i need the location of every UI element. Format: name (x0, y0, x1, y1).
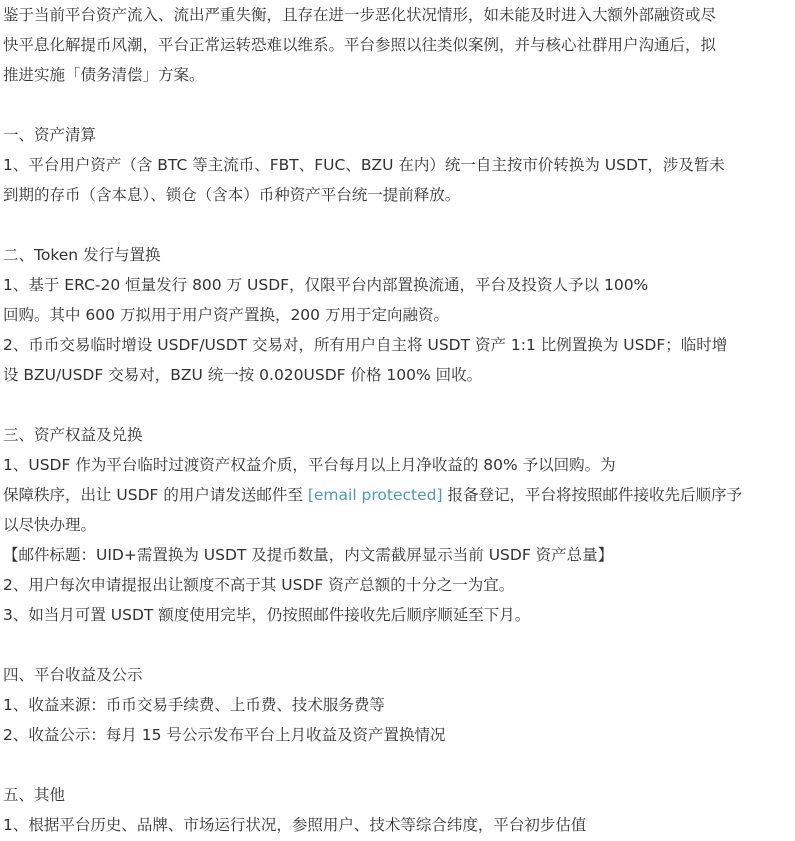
paragraph-line: 3、如当月可置 USDT 额度使用完毕，仍按照邮件接收先后顺序顺延至下月。 (3, 600, 795, 630)
intro-paragraph: 鉴于当前平台资产流入、流出严重失衡，且存在进一步恶化状况情形，如未能及时进入大额… (3, 0, 795, 90)
paragraph-line: 回购。其中 600 万拟用于用户资产置换，200 万用于定向融资。 (3, 300, 795, 330)
intro-line: 快平息化解提币风潮，平台正常运转恐难以维系。平台参照以往类似案例，并与核心社群用… (3, 30, 795, 60)
intro-line: 鉴于当前平台资产流入、流出严重失衡，且存在进一步恶化状况情形，如未能及时进入大额… (3, 0, 795, 30)
paragraph-line: 2、用户每次申请提报出让额度不高于其 USDF 资产总额的十分之一为宜。 (3, 570, 795, 600)
paragraph-line: 1、根据平台历史、品牌、市场运行状况，参照用户、技术等综合纬度，平台初步估值 (3, 810, 795, 840)
paragraph-line: 设 BZU/USDF 交易对，BZU 统一按 0.020USDF 价格 100%… (3, 360, 795, 390)
section-token-issuance: 二、Token 发行与置换 1、基于 ERC-20 恒量发行 800 万 USD… (3, 240, 795, 390)
text-after-link: 报备登记，平台将按照邮件接收先后顺序予 (443, 486, 742, 504)
spacer (3, 210, 795, 240)
paragraph-line-with-email: 保障秩序，出让 USDF 的用户请发送邮件至 [email protected]… (3, 480, 795, 510)
spacer (3, 390, 795, 420)
section-other: 五、其他 1、根据平台历史、品牌、市场运行状况，参照用户、技术等综合纬度，平台初… (3, 780, 795, 840)
email-link[interactable]: [email protected] (308, 486, 443, 504)
spacer (3, 630, 795, 660)
section-heading: 五、其他 (3, 780, 795, 810)
section-platform-revenue: 四、平台收益及公示 1、收益来源：币币交易手续费、上币费、技术服务费等 2、收益… (3, 660, 795, 750)
intro-line: 推进实施「债务清偿」方案。 (3, 60, 795, 90)
paragraph-line: 1、基于 ERC-20 恒量发行 800 万 USDF，仅限平台内部置换流通，平… (3, 270, 795, 300)
announcement-document: 鉴于当前平台资产流入、流出严重失衡，且存在进一步恶化状况情形，如未能及时进入大额… (0, 0, 795, 840)
email-subject-note: 【邮件标题：UID+需置换为 USDT 及提币数量，内文需截屏显示当前 USDF… (3, 540, 795, 570)
paragraph-line: 2、币币交易临时增设 USDF/USDT 交易对，所有用户自主将 USDT 资产… (3, 330, 795, 360)
text-before-link: 保障秩序，出让 USDF 的用户请发送邮件至 (3, 486, 308, 504)
paragraph-line: 以尽快办理。 (3, 510, 795, 540)
paragraph-line: 1、收益来源：币币交易手续费、上币费、技术服务费等 (3, 690, 795, 720)
section-heading: 一、资产清算 (3, 120, 795, 150)
paragraph-line: 2、收益公示：每月 15 号公示发布平台上月收益及资产置换情况 (3, 720, 795, 750)
section-heading: 二、Token 发行与置换 (3, 240, 795, 270)
section-asset-liquidation: 一、资产清算 1、平台用户资产（含 BTC 等主流币、FBT、FUC、BZU 在… (3, 120, 795, 210)
section-heading: 三、资产权益及兑换 (3, 420, 795, 450)
spacer (3, 90, 795, 120)
paragraph-line: 1、USDF 作为平台临时过渡资产权益介质，平台每月以上月净收益的 80% 予以… (3, 450, 795, 480)
section-asset-rights: 三、资产权益及兑换 1、USDF 作为平台临时过渡资产权益介质，平台每月以上月净… (3, 420, 795, 630)
paragraph-line: 1、平台用户资产（含 BTC 等主流币、FBT、FUC、BZU 在内）统一自主按… (3, 150, 795, 180)
section-heading: 四、平台收益及公示 (3, 660, 795, 690)
spacer (3, 750, 795, 780)
paragraph-line: 到期的存币（含本息）、锁仓（含本）币种资产平台统一提前释放。 (3, 180, 795, 210)
